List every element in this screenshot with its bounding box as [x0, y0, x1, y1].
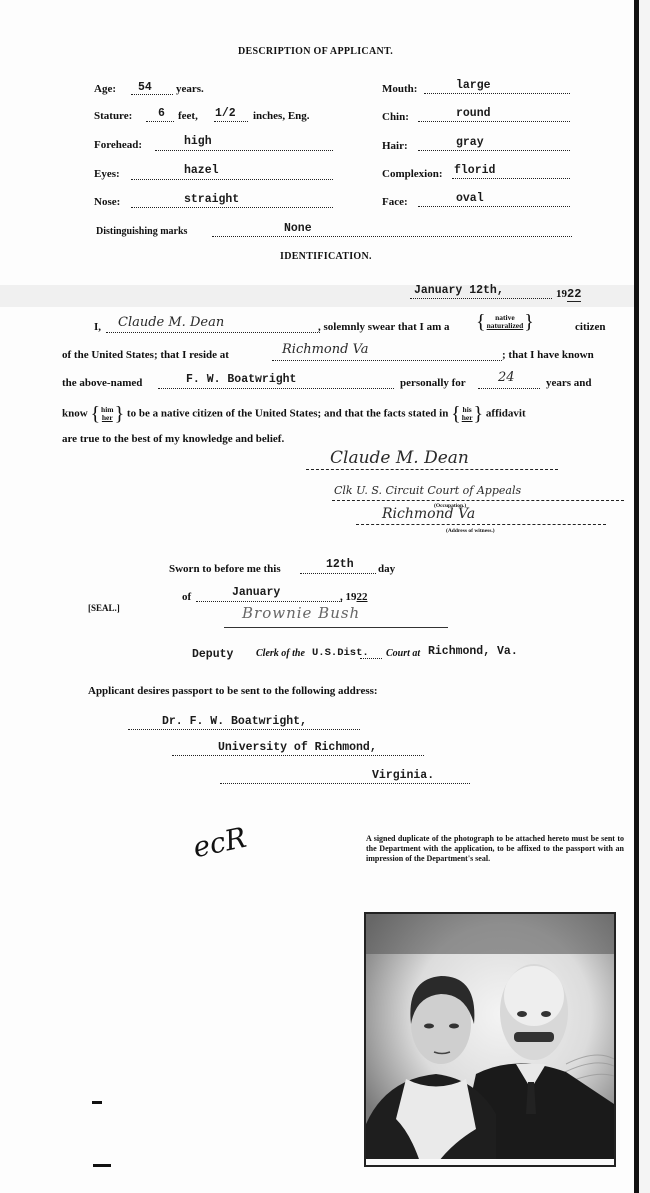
residence-handwritten: Richmond Va: [282, 342, 369, 357]
sworn-day: 12th: [326, 558, 354, 571]
mailing-line-2: University of Richmond,: [218, 741, 377, 754]
sworn-year-prefix: , 1922: [340, 591, 368, 603]
stature-label: Stature:: [94, 110, 132, 122]
chin-label: Chin:: [382, 111, 409, 123]
stray-mark: [93, 1164, 111, 1167]
complexion-value: florid: [454, 164, 495, 177]
clerk-label: Clerk of the: [256, 648, 305, 659]
age-value: 54: [138, 81, 152, 94]
identification-year: 22: [567, 287, 581, 302]
chin-value: round: [456, 107, 491, 120]
passport-application-page: DESCRIPTION OF APPLICANT. Age: 54 years.…: [0, 0, 650, 1193]
mailing-address-label: Applicant desires passport to be sent to…: [88, 685, 378, 697]
hair-label: Hair:: [382, 140, 408, 152]
sworn-day-suffix: day: [378, 563, 395, 575]
face-label: Face:: [382, 196, 408, 208]
applicant-name: F. W. Boatwright: [186, 373, 296, 386]
mouth-label: Mouth:: [382, 83, 417, 95]
hair-value: gray: [456, 136, 484, 149]
identification-date: January 12th,: [414, 284, 504, 297]
seal-label: [SEAL.]: [88, 603, 120, 613]
eyes-label: Eyes:: [94, 168, 120, 180]
forehead-label: Forehead:: [94, 139, 142, 151]
oath-line-4: know {himher} to be a native citizen of …: [62, 404, 526, 424]
complexion-label: Complexion:: [382, 168, 443, 180]
court-location: Richmond, Va.: [428, 645, 518, 658]
years-known-handwritten: 24: [498, 370, 515, 385]
nose-label: Nose:: [94, 196, 120, 208]
mailing-line-3: Virginia.: [372, 769, 434, 782]
document-title: DESCRIPTION OF APPLICANT.: [238, 46, 393, 57]
identification-year-prefix: 1922: [556, 287, 581, 301]
oath-line-1-mid: , solemnly swear that I am a: [318, 321, 449, 333]
scan-fold-shade: [0, 285, 634, 307]
court-label: Court at: [386, 648, 420, 659]
distinguishing-marks-value: None: [284, 222, 312, 235]
witness-address: Richmond Va: [382, 506, 475, 522]
nose-value: straight: [184, 193, 239, 206]
sworn-of-label: of: [182, 591, 191, 603]
distinguishing-marks-label: Distinguishing marks: [96, 226, 187, 237]
photo-notice: A signed duplicate of the photograph to …: [366, 834, 624, 864]
sworn-year: 22: [357, 591, 368, 603]
oath-line-3-prefix: the above-named: [62, 377, 142, 389]
oath-line-1: I,: [94, 321, 101, 333]
stature-feet-label: feet,: [178, 110, 198, 122]
oath-line-5: are true to the best of my knowledge and…: [62, 433, 284, 445]
stray-mark: [92, 1101, 102, 1104]
sworn-month: January: [232, 586, 280, 599]
oath-line-2-suffix: ; that I have known: [502, 349, 594, 361]
witness-occupation: Clk U. S. Circuit Court of Appeals: [334, 484, 521, 497]
forehead-value: high: [184, 135, 212, 148]
stature-inches-value: 1/2: [215, 107, 236, 120]
sworn-prefix: Sworn to before me this: [169, 563, 281, 575]
witness-signature: Claude M. Dean: [330, 448, 469, 468]
age-suffix: years.: [176, 83, 204, 95]
eyes-value: hazel: [184, 164, 219, 177]
identification-heading: IDENTIFICATION.: [280, 251, 372, 262]
oath-line-3-mid: personally for: [400, 377, 466, 389]
mouth-value: large: [456, 79, 491, 92]
age-label: Age:: [94, 83, 116, 95]
face-value: oval: [456, 192, 484, 205]
page-margin: [639, 0, 650, 1193]
photo-image: [366, 914, 614, 1165]
oath-line-3-suffix: years and: [546, 377, 592, 389]
oath-line-1-suffix: citizen: [575, 321, 606, 333]
applicant-photograph: [364, 912, 616, 1167]
stature-inches-label: inches, Eng.: [253, 110, 310, 122]
oath-line-2-prefix: of the United States; that I reside at: [62, 349, 229, 361]
clerk-initials: ecR: [190, 821, 249, 864]
citizen-type-selector: {nativenaturalized}: [476, 312, 534, 332]
deputy-label: Deputy: [192, 648, 233, 661]
witness-address-caption: (Address of witness.): [446, 528, 495, 534]
witness-name-handwritten: Claude M. Dean: [118, 315, 224, 330]
mailing-line-1: Dr. F. W. Boatwright,: [162, 715, 307, 728]
notary-signature: Brownie Bush: [242, 604, 360, 622]
stature-feet-value: 6: [158, 107, 165, 120]
